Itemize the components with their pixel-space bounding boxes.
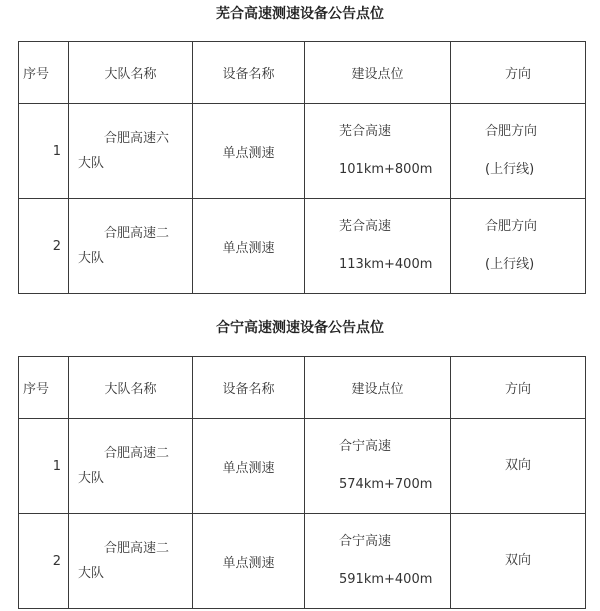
row-team: 合肥高速二大队	[69, 419, 193, 514]
header-location: 建设点位	[305, 42, 451, 104]
table-header-row: 序号 大队名称 设备名称 建设点位 方向	[19, 357, 586, 419]
row-index: 1	[19, 104, 69, 199]
header-device: 设备名称	[193, 42, 305, 104]
table-row: 2 合肥高速二大队 单点测速 合宁高速591km+400m 双向	[19, 514, 586, 609]
table-row: 1 合肥高速二大队 单点测速 合宁高速574km+700m 双向	[19, 419, 586, 514]
header-index: 序号	[19, 42, 69, 104]
wuhe-speed-camera-table: 序号 大队名称 设备名称 建设点位 方向 1 合肥高速六大队 单点测速 芜合高速…	[18, 41, 586, 294]
row-direction: 合肥方向(上行线)	[451, 199, 586, 294]
table-header-row: 序号 大队名称 设备名称 建设点位 方向	[19, 42, 586, 104]
row-device: 单点测速	[193, 199, 305, 294]
header-team: 大队名称	[69, 357, 193, 419]
row-location: 芜合高速113km+400m	[305, 199, 451, 294]
row-team: 合肥高速六大队	[69, 104, 193, 199]
table-row: 2 合肥高速二大队 单点测速 芜合高速113km+400m 合肥方向(上行线)	[19, 199, 586, 294]
header-location: 建设点位	[305, 357, 451, 419]
row-device: 单点测速	[193, 514, 305, 609]
row-location: 合宁高速574km+700m	[305, 419, 451, 514]
table-row: 1 合肥高速六大队 单点测速 芜合高速101km+800m 合肥方向(上行线)	[19, 104, 586, 199]
row-location: 芜合高速101km+800m	[305, 104, 451, 199]
table-title-wuhe: 芜合高速测速设备公告点位	[0, 3, 600, 23]
table-title-hening: 合宁高速测速设备公告点位	[0, 317, 600, 337]
row-index: 2	[19, 199, 69, 294]
header-direction: 方向	[451, 42, 586, 104]
header-index: 序号	[19, 357, 69, 419]
row-direction: 合肥方向(上行线)	[451, 104, 586, 199]
row-index: 1	[19, 419, 69, 514]
row-team: 合肥高速二大队	[69, 514, 193, 609]
row-index: 2	[19, 514, 69, 609]
header-team: 大队名称	[69, 42, 193, 104]
row-direction: 双向	[451, 419, 586, 514]
header-device: 设备名称	[193, 357, 305, 419]
row-device: 单点测速	[193, 104, 305, 199]
row-device: 单点测速	[193, 419, 305, 514]
row-direction: 双向	[451, 514, 586, 609]
row-team: 合肥高速二大队	[69, 199, 193, 294]
header-direction: 方向	[451, 357, 586, 419]
row-location: 合宁高速591km+400m	[305, 514, 451, 609]
hening-speed-camera-table: 序号 大队名称 设备名称 建设点位 方向 1 合肥高速二大队 单点测速 合宁高速…	[18, 356, 586, 609]
